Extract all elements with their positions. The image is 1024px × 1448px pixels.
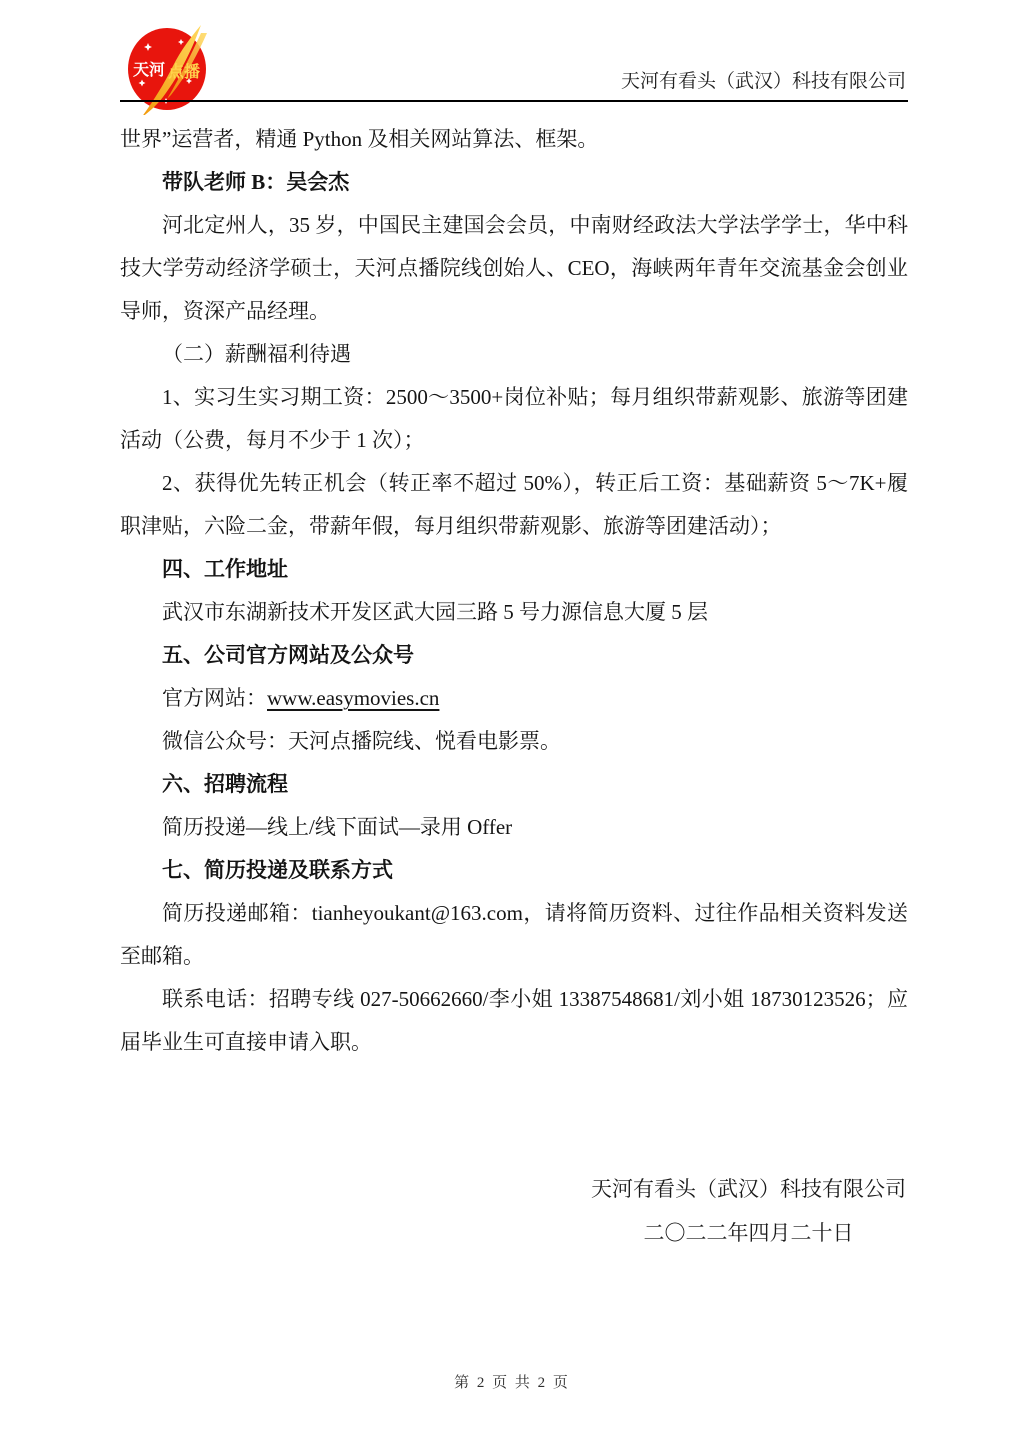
document-page: 天河 点播 天河有看头（武汉）科技有限公司 世界”运营者，精通 Python 及… bbox=[0, 0, 1024, 1448]
section-heading: 五、公司官方网站及公众号 bbox=[120, 634, 908, 677]
body-paragraph: 武汉市东湖新技术开发区武大园三路 5 号力源信息大厦 5 层 bbox=[120, 591, 908, 634]
section-heading: 四、工作地址 bbox=[120, 548, 908, 591]
body-paragraph: 河北定州人，35 岁，中国民主建国会会员，中南财经政法大学法学学士，华中科技大学… bbox=[120, 204, 908, 333]
section-heading: 带队老师 B：吴会杰 bbox=[120, 161, 908, 204]
body-paragraph: 联系电话：招聘专线 027-50662660/李小姐 13387548681/刘… bbox=[120, 978, 908, 1064]
website-link[interactable]: www.easymovies.cn bbox=[267, 686, 439, 710]
signature-block: 天河有看头（武汉）科技有限公司 二〇二二年四月二十日 bbox=[591, 1167, 906, 1255]
body-paragraph: 官方网站：www.easymovies.cn bbox=[120, 677, 908, 720]
body-paragraph: 2、获得优先转正机会（转正率不超过 50%），转正后工资：基础薪资 5～7K+履… bbox=[120, 462, 908, 548]
signature-date: 二〇二二年四月二十日 bbox=[591, 1211, 906, 1255]
page-number: 第 2 页 共 2 页 bbox=[0, 1372, 1024, 1394]
header-company-name: 天河有看头（武汉）科技有限公司 bbox=[621, 69, 906, 95]
body-paragraph: 世界”运营者，精通 Python 及相关网站算法、框架。 bbox=[120, 118, 908, 161]
body-paragraph: （二）薪酬福利待遇 bbox=[120, 333, 908, 376]
section-heading: 六、招聘流程 bbox=[120, 763, 908, 806]
body-paragraph: 简历投递—线上/线下面试—录用 Offer bbox=[120, 806, 908, 849]
header-divider bbox=[120, 100, 908, 102]
body-paragraph: 1、实习生实习期工资：2500～3500+岗位补贴；每月组织带薪观影、旅游等团建… bbox=[120, 376, 908, 462]
document-body: 世界”运营者，精通 Python 及相关网站算法、框架。带队老师 B：吴会杰河北… bbox=[120, 118, 908, 1064]
section-heading: 七、简历投递及联系方式 bbox=[120, 849, 908, 892]
body-paragraph: 微信公众号：天河点播院线、悦看电影票。 bbox=[120, 720, 908, 763]
link-label: 官方网站： bbox=[162, 686, 267, 710]
body-paragraph: 简历投递邮箱：tianheyoukant@163.com，请将简历资料、过往作品… bbox=[120, 892, 908, 978]
signature-company: 天河有看头（武汉）科技有限公司 bbox=[591, 1167, 906, 1211]
logo-text-secondary: 点播 bbox=[168, 62, 200, 81]
logo-text-primary: 天河 bbox=[133, 61, 165, 79]
